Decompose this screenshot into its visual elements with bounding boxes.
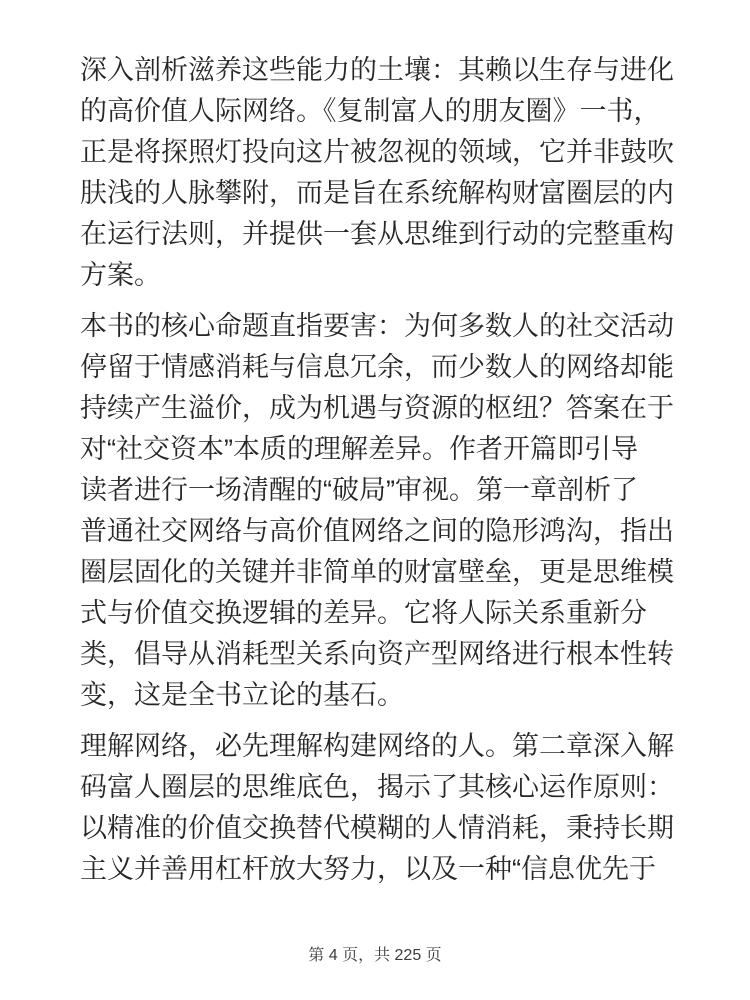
text-line: 深入剖析滋养这些能力的土壤：其赖以生存与进化 <box>80 50 670 91</box>
paragraph-3: 理解网络，必先理解构建网络的人。第二章深入解码富人圈层的思维底色，揭示了其核心运… <box>80 726 670 890</box>
text-line: 正是将探照灯投向这片被忽视的领域，它并非鼓吹 <box>80 132 670 173</box>
text-line: 以精准的价值交换替代模糊的人情消耗，秉持长期 <box>80 808 670 849</box>
paragraph-1: 深入剖析滋养这些能力的土壤：其赖以生存与进化的高价值人际网络。《复制富人的朋友圈… <box>80 50 670 296</box>
text-line: 码富人圈层的思维底色，揭示了其核心运作原则： <box>80 767 670 808</box>
text-line: 读者进行一场清醒的“破局”审视。第一章剖析了 <box>80 470 670 511</box>
document-page: 深入剖析滋养这些能力的土壤：其赖以生存与进化的高价值人际网络。《复制富人的朋友圈… <box>0 0 750 1000</box>
text-line: 变，这是全书立论的基石。 <box>80 675 670 716</box>
paragraph-2: 本书的核心命题直指要害：为何多数人的社交活动停留于情感消耗与信息冗余，而少数人的… <box>80 306 670 716</box>
text-line: 本书的核心命题直指要害：为何多数人的社交活动 <box>80 306 670 347</box>
page-number-indicator: 第 4 页，共 225 页 <box>308 947 441 964</box>
text-line: 普通社交网络与高价值网络之间的隐形鸿沟，指出 <box>80 511 670 552</box>
text-line: 停留于情感消耗与信息冗余，而少数人的网络却能 <box>80 347 670 388</box>
text-line: 式与价值交换逻辑的差异。它将人际关系重新分 <box>80 593 670 634</box>
text-line: 方案。 <box>80 255 670 296</box>
page-body: 深入剖析滋养这些能力的土壤：其赖以生存与进化的高价值人际网络。《复制富人的朋友圈… <box>80 50 670 890</box>
text-line: 圈层固化的关键并非简单的财富壁垒，更是思维模 <box>80 552 670 593</box>
text-line: 主义并善用杠杆放大努力，以及一种“信息优先于 <box>80 849 670 890</box>
text-line: 对“社交资本”本质的理解差异。作者开篇即引导 <box>80 429 670 470</box>
text-line: 肤浅的人脉攀附，而是旨在系统解构财富圈层的内 <box>80 173 670 214</box>
text-line: 类，倡导从消耗型关系向资产型网络进行根本性转 <box>80 634 670 675</box>
text-line: 理解网络，必先理解构建网络的人。第二章深入解 <box>80 726 670 767</box>
text-line: 在运行法则，并提供一套从思维到行动的完整重构 <box>80 214 670 255</box>
text-line: 持续产生溢价，成为机遇与资源的枢纽？答案在于 <box>80 388 670 429</box>
page-footer: 第 4 页，共 225 页 <box>0 946 750 966</box>
text-line: 的高价值人际网络。《复制富人的朋友圈》一书， <box>80 91 670 132</box>
